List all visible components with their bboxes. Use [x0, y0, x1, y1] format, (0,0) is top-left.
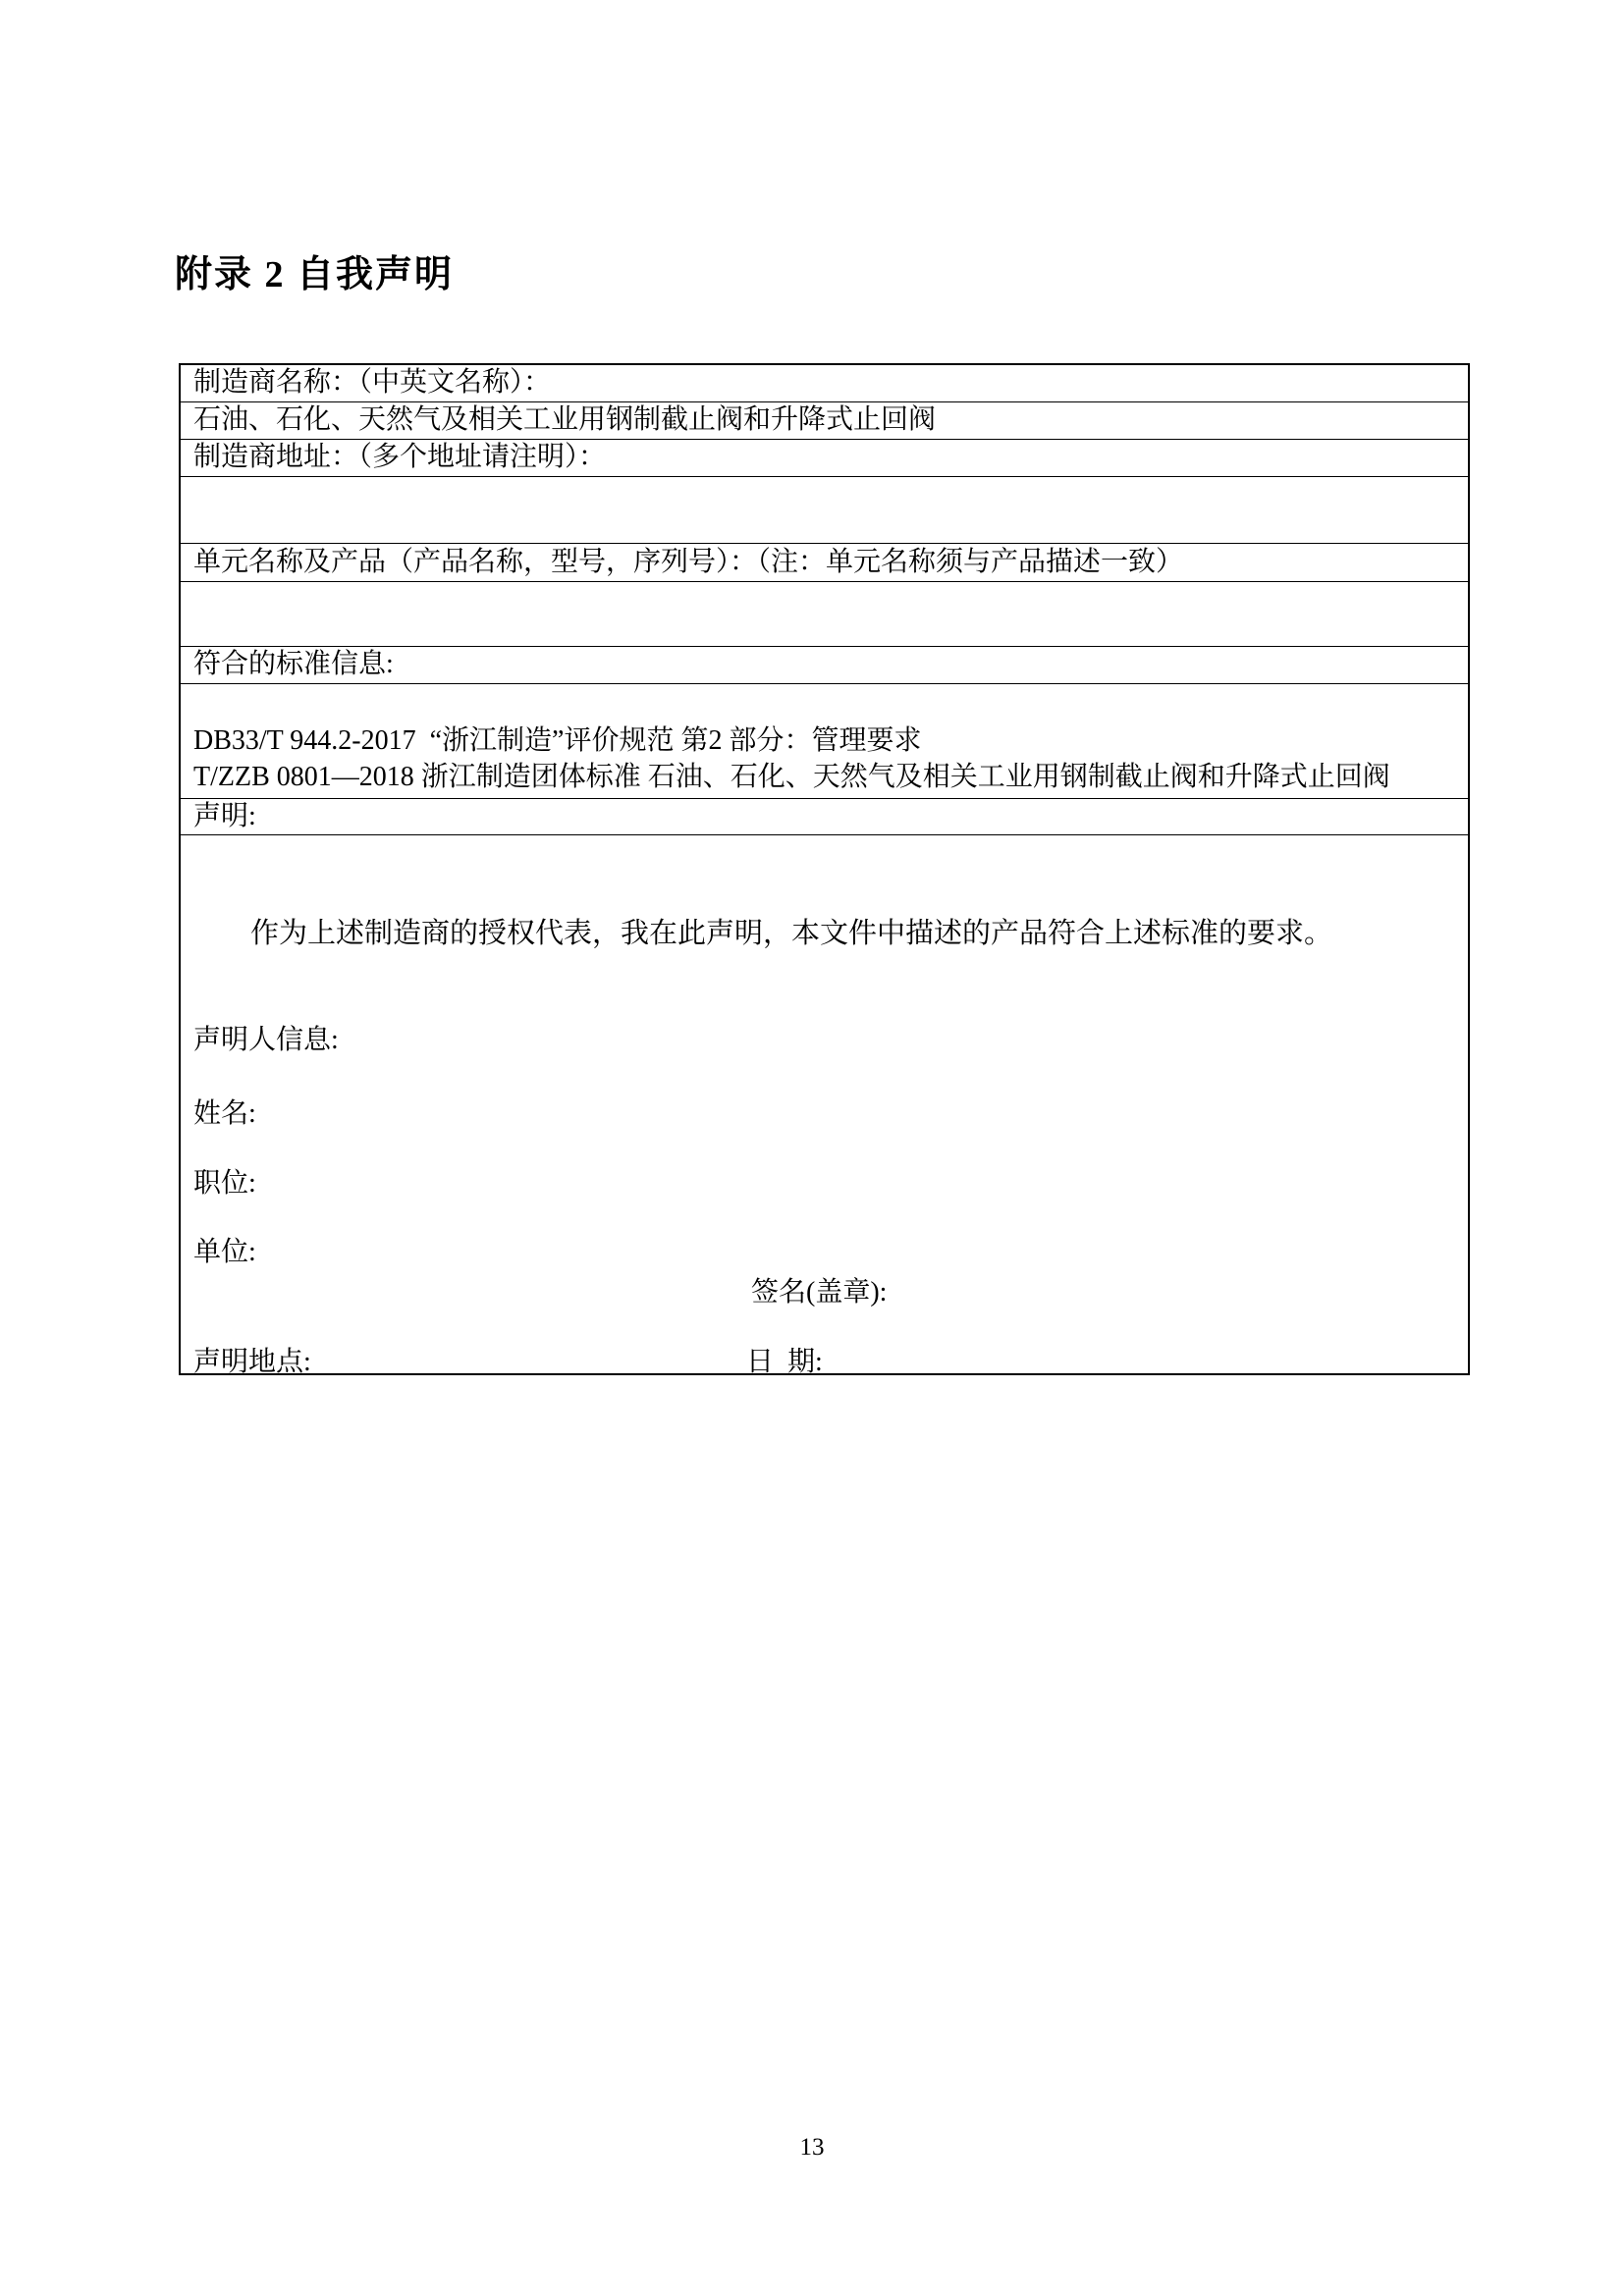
table-row-standards-label: 符合的标准信息: — [181, 647, 1468, 684]
table-row-product-scope: 石油、石化、天然气及相关工业用钢制截止阀和升降式止回阀 — [181, 402, 1468, 440]
standard-line-tzzb: T/ZZB 0801—2018 浙江制造团体标准 石油、石化、天然气及相关工业用… — [193, 759, 1390, 795]
page-title: 附录 2 自我声明 — [175, 243, 454, 297]
table-row-address-blank — [181, 477, 1468, 544]
manufacturer-name-label: 制造商名称：（中英文名称）： — [193, 367, 551, 399]
table-row-manufacturer-address: 制造商地址：（多个地址请注明）： — [181, 440, 1468, 477]
declaration-label: 声明: — [193, 801, 256, 832]
manufacturer-address-label: 制造商地址：（多个地址请注明）： — [193, 442, 606, 473]
company-label: 单位: — [193, 1236, 256, 1269]
date-label: 日 期: — [746, 1346, 823, 1379]
position-label: 职位: — [193, 1167, 256, 1201]
table-row-unit-products: 单元名称及产品（产品名称，型号，序列号）：（注：单元名称须与产品描述一致） — [181, 544, 1468, 582]
document-page: 附录 2 自我声明 制造商名称：（中英文名称）： 石油、石化、天然气及相关工业用… — [0, 0, 1624, 2296]
table-row-unit-blank — [181, 582, 1468, 647]
page-number: 13 — [0, 2134, 1624, 2162]
product-scope-text: 石油、石化、天然气及相关工业用钢制截止阀和升降式止回阀 — [193, 404, 936, 436]
self-declaration-table: 制造商名称：（中英文名称）： 石油、石化、天然气及相关工业用钢制截止阀和升降式止… — [179, 363, 1470, 1375]
signature-label: 签名(盖章): — [751, 1276, 887, 1309]
unit-products-label: 单元名称及产品（产品名称，型号，序列号）：（注：单元名称须与产品描述一致） — [193, 547, 1183, 578]
standard-line-db33: DB33/T 944.2-2017 “浙江制造”评价规范 第2 部分：管理要求 — [193, 722, 921, 759]
table-row-manufacturer-name: 制造商名称：（中英文名称）： — [181, 365, 1468, 402]
table-row-declaration-label: 声明: — [181, 799, 1468, 835]
table-row-standards-list: DB33/T 944.2-2017 “浙江制造”评价规范 第2 部分：管理要求 … — [181, 684, 1468, 799]
standards-label: 符合的标准信息: — [193, 649, 394, 680]
table-row-declaration-body: 作为上述制造商的授权代表，我在此声明，本文件中描述的产品符合上述标准的要求。 声… — [181, 835, 1468, 1373]
place-label: 声明地点: — [193, 1346, 311, 1379]
declaration-paragraph: 作为上述制造商的授权代表，我在此声明，本文件中描述的产品符合上述标准的要求。 — [193, 917, 1455, 951]
name-label: 姓名: — [193, 1097, 256, 1131]
declarant-info-label: 声明人信息: — [193, 1024, 339, 1057]
